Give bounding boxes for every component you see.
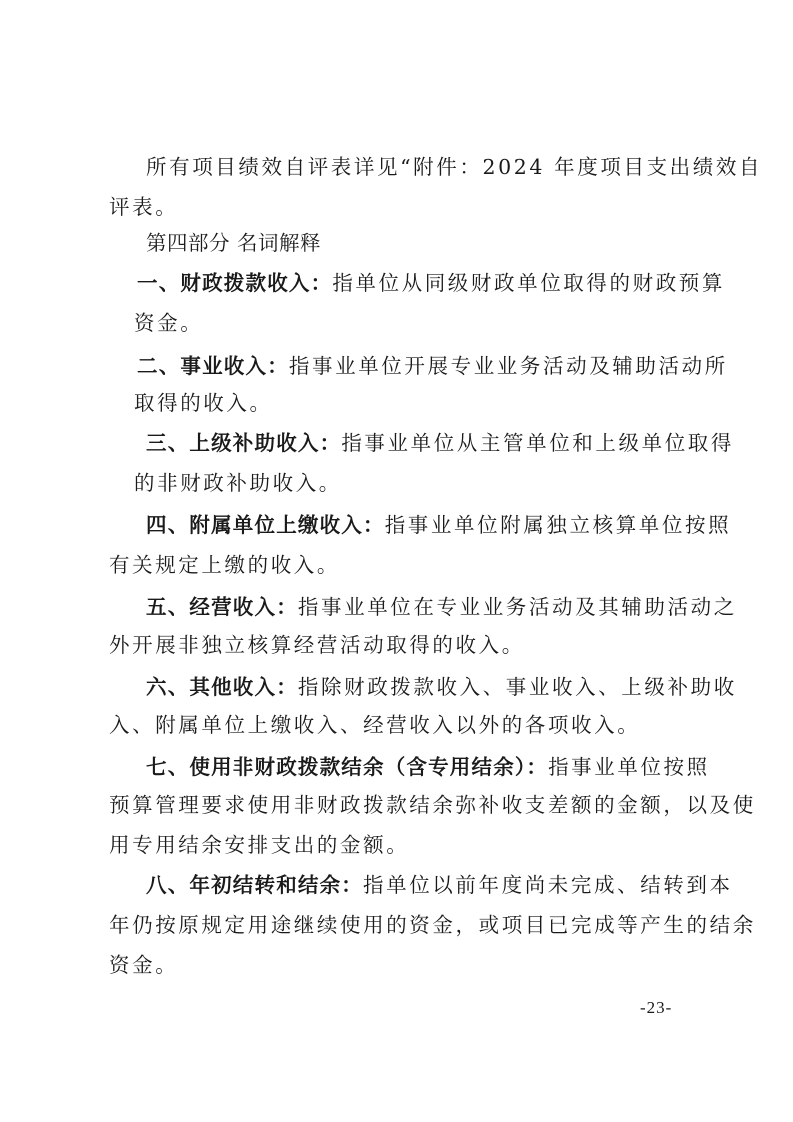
term-8-definition: 指单位以前年度尚未完成、结转到本 — [363, 873, 733, 897]
term-8-title: 八、年初结转和结余： — [146, 873, 363, 897]
term-4-line-1: 四、附属单位上缴收入：指事业单位附属独立核算单位按照 — [146, 511, 689, 539]
term-7-line-1: 七、使用非财政拨款结余（含专用结余）：指事业单位按照 — [146, 753, 689, 781]
term-2-line-1: 二、事业收入：指事业单位开展专业业务活动及辅助活动所 — [137, 352, 717, 380]
term-4-definition: 指事业单位附属独立核算单位按照 — [385, 513, 732, 537]
term-4-line-2: 有关规定上缴的收入。 — [109, 551, 689, 579]
term-7-line-2: 预算管理要求使用非财政拨款结余弥补收支差额的金额，以及使 — [109, 791, 689, 819]
term-6-title: 六、其他收入： — [146, 675, 298, 699]
term-3-line-1: 三、上级补助收入：指事业单位从主管单位和上级单位取得 — [146, 429, 689, 457]
term-6-definition: 指除财政拨款收入、事业收入、上级补助收 — [298, 675, 737, 699]
section-heading: 第四部分 名词解释 — [146, 229, 689, 257]
term-3-title: 三、上级补助收入： — [146, 431, 341, 455]
term-4-title: 四、附属单位上缴收入： — [146, 513, 385, 537]
term-1-title: 一、财政拨款收入： — [137, 271, 332, 295]
term-2-definition: 指事业单位开展专业业务活动及辅助活动所 — [289, 354, 728, 378]
page-number: -23- — [640, 998, 672, 1018]
term-8-line-3: 资金。 — [109, 951, 689, 979]
term-5-title: 五、经营收入： — [146, 595, 298, 619]
term-3-definition: 指事业单位从主管单位和上级单位取得 — [341, 431, 734, 455]
intro-line-2: 评表。 — [109, 193, 689, 221]
term-2-line-2: 取得的收入。 — [134, 389, 714, 417]
term-1-definition: 指单位从同级财政单位取得的财政预算 — [332, 271, 725, 295]
term-7-definition: 指事业单位按照 — [548, 755, 710, 779]
intro-line-1: 所有项目绩效自评表详见“附件：2024 年度项目支出绩效自 — [146, 153, 689, 181]
term-3-line-2: 的非财政补助收入。 — [134, 469, 714, 497]
term-8-line-2: 年仍按原规定用途继续使用的资金，或项目已完成等产生的结余 — [109, 911, 689, 939]
term-2-title: 二、事业收入： — [137, 354, 289, 378]
term-6-line-1: 六、其他收入：指除财政拨款收入、事业收入、上级补助收 — [146, 673, 689, 701]
term-5-definition: 指事业单位在专业业务活动及其辅助活动之 — [298, 595, 737, 619]
term-8-line-1: 八、年初结转和结余：指单位以前年度尚未完成、结转到本 — [146, 871, 689, 899]
term-1-line-1: 一、财政拨款收入：指单位从同级财政单位取得的财政预算 — [137, 269, 717, 297]
term-1-line-2: 资金。 — [134, 309, 714, 337]
term-7-line-3: 用专用结余安排支出的金额。 — [109, 831, 689, 859]
term-7-title: 七、使用非财政拨款结余（含专用结余）： — [146, 755, 548, 779]
term-5-line-2: 外开展非独立核算经营活动取得的收入。 — [109, 631, 689, 659]
term-6-line-2: 入、附属单位上缴收入、经营收入以外的各项收入。 — [109, 711, 689, 739]
term-5-line-1: 五、经营收入：指事业单位在专业业务活动及其辅助活动之 — [146, 593, 689, 621]
